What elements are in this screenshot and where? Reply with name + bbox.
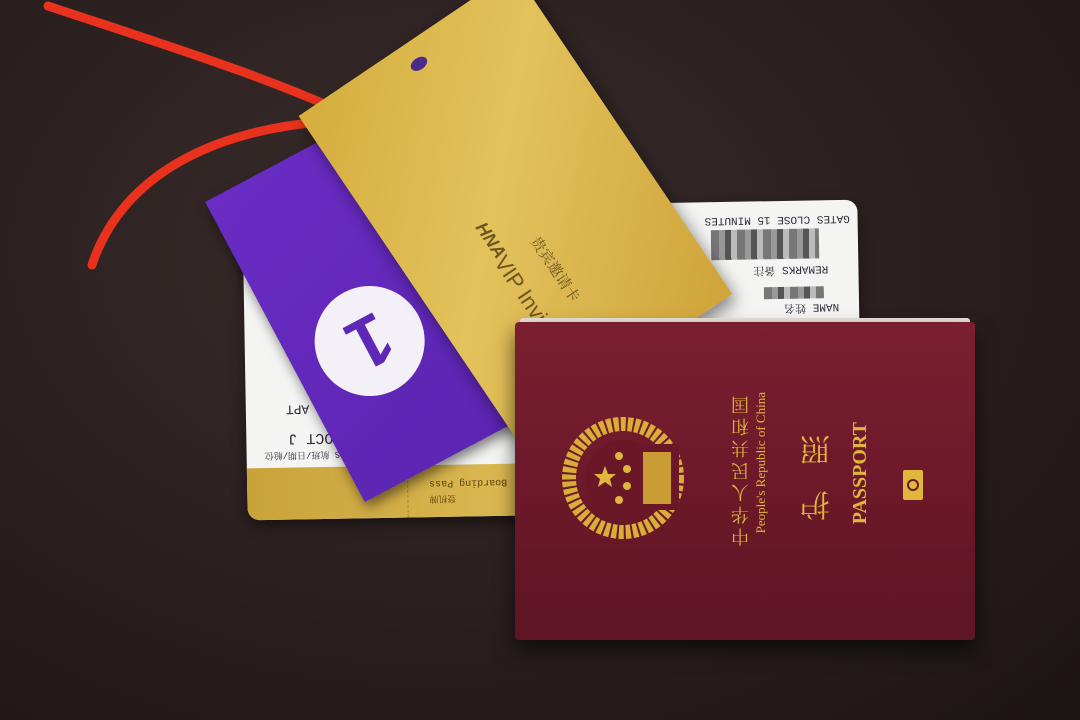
passport-title-cn: 护 照 <box>797 427 841 521</box>
passport-title-en: PASSPORT <box>849 422 872 524</box>
access-number: 1 <box>333 295 407 386</box>
redacted-name <box>764 286 824 299</box>
remarks-label: REMARKS 备注 <box>753 262 828 279</box>
stub-en: Boarding Pass <box>429 476 507 488</box>
stub-cn: 登机牌 <box>429 493 456 506</box>
national-emblem-icon <box>557 414 697 542</box>
biometric-chip-icon <box>903 470 923 500</box>
passport: 中华人民共和国 People's Republic of China 护 照 P… <box>515 322 975 640</box>
country-en: People's Republic of China <box>753 392 769 533</box>
ribbon-hole <box>408 54 430 74</box>
redacted-barcode <box>711 228 820 260</box>
gates-close-text: GATES CLOSE 15 MINUTES <box>704 212 849 227</box>
name-label: NAME 姓名 <box>784 300 839 317</box>
country-cn: 中华人民共和国 <box>729 392 755 546</box>
